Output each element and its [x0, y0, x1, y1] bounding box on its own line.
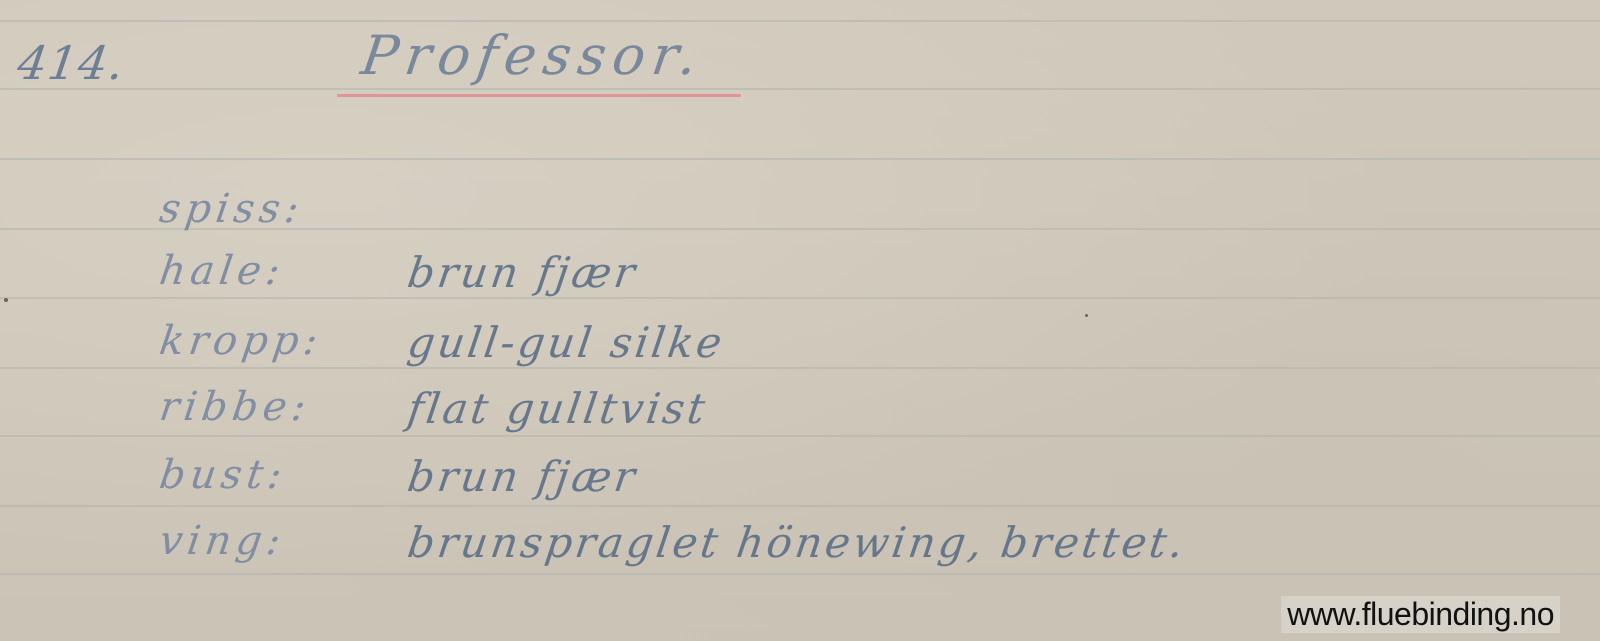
ruled-line [0, 88, 1600, 90]
field-label-ving: ving: [157, 518, 289, 564]
ruled-line [0, 20, 1600, 22]
field-label-bust: bust: [157, 452, 290, 498]
website-watermark: www.fluebinding.no [1281, 596, 1560, 633]
field-value-ving: brunspraglet hönewing, brettet. [405, 518, 1190, 567]
field-value-hale: brun fjær [405, 248, 641, 297]
field-label-hale: hale: [157, 248, 288, 294]
field-label-kropp: kropp: [157, 318, 326, 364]
paper-speck [4, 298, 8, 302]
field-value-ribbe: flat gulltvist [405, 384, 711, 433]
ruled-line [0, 505, 1600, 507]
paper-speck [1085, 314, 1088, 317]
ruled-line [0, 158, 1600, 160]
title-underline [337, 94, 741, 97]
ruled-line [0, 435, 1600, 437]
recipe-title: Professor. [358, 24, 708, 87]
ruled-line [0, 367, 1600, 369]
field-value-bust: brun fjær [405, 452, 641, 501]
ruled-line [0, 297, 1600, 299]
entry-number: 414. [14, 36, 128, 90]
field-value-kropp: gull-gul silke [405, 318, 728, 367]
field-label-ribbe: ribbe: [157, 384, 314, 430]
ruled-line [0, 573, 1600, 575]
field-label-spiss: spiss: [157, 186, 307, 232]
